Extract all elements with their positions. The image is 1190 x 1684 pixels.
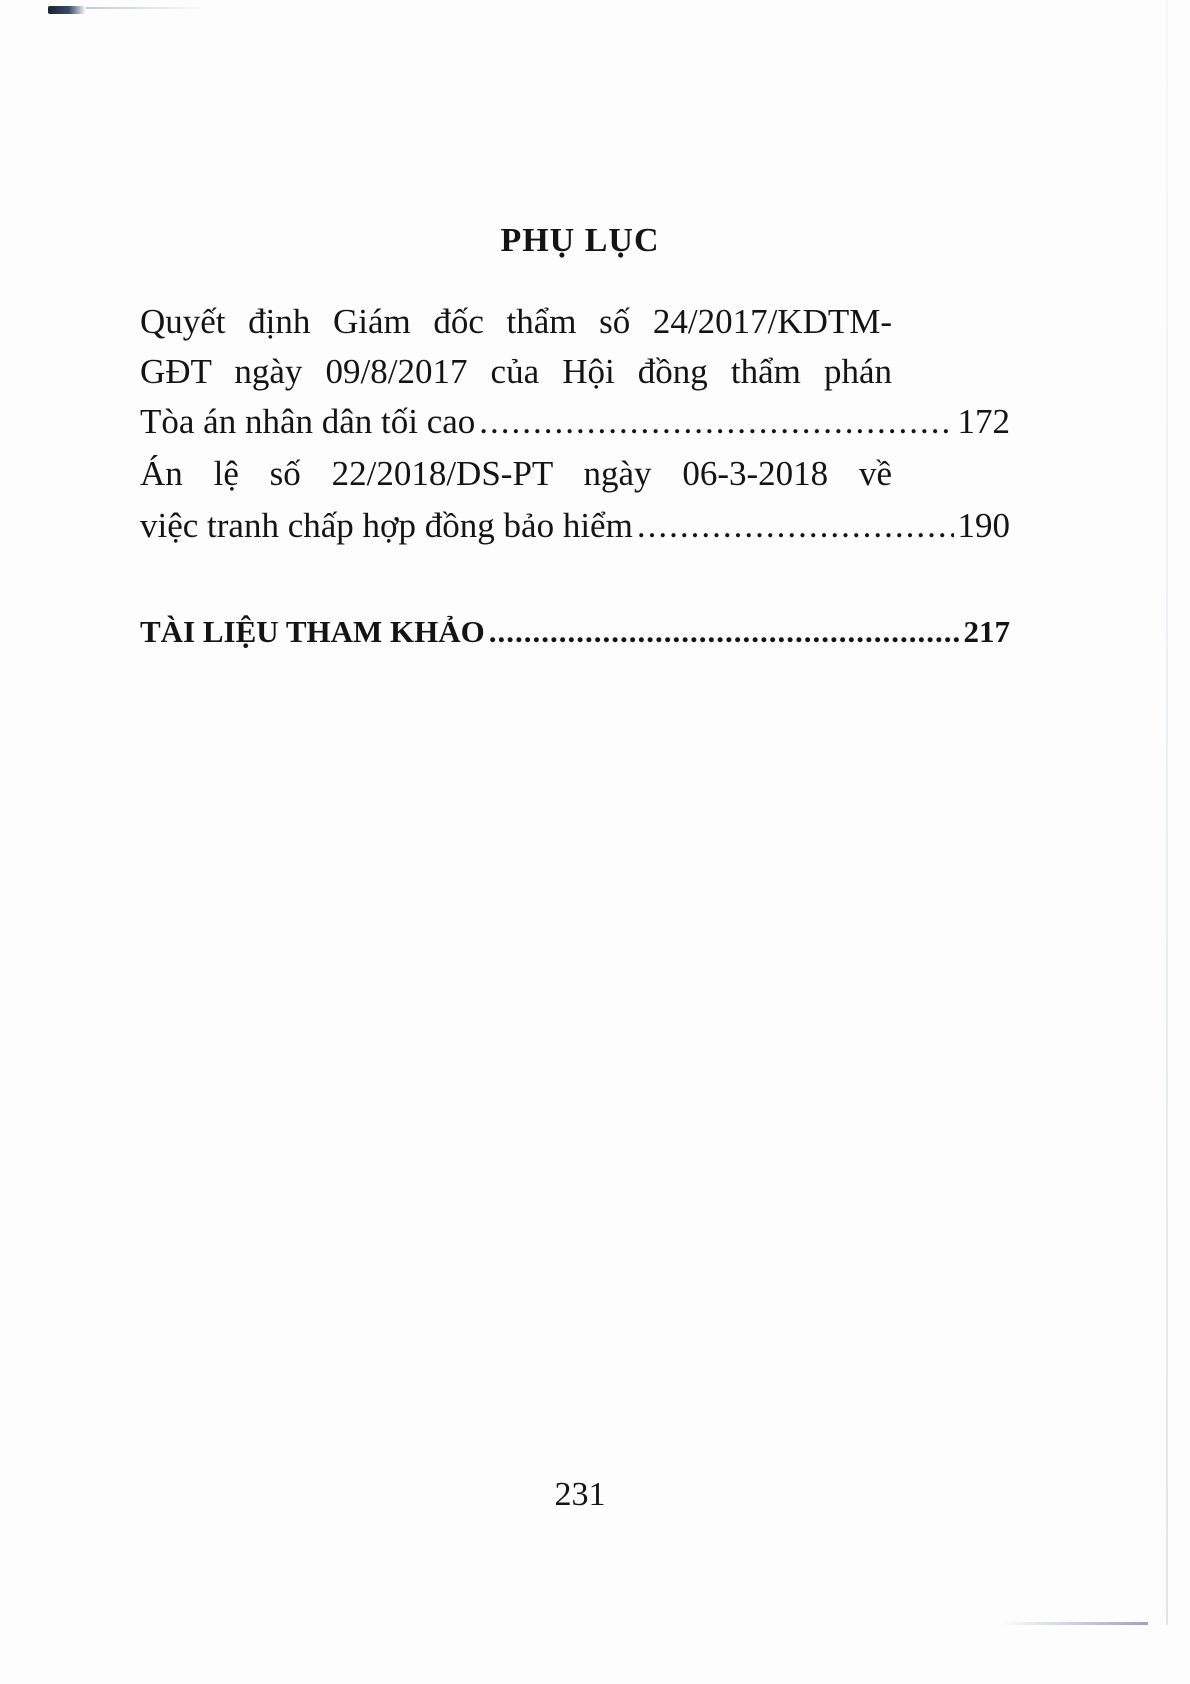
scan-artifact-bottom-edge	[1000, 1622, 1148, 1625]
scan-artifact-right-edge	[1166, 0, 1168, 1625]
toc-references-row[interactable]: TÀI LIỆU THAM KHẢO 217	[140, 612, 1010, 652]
toc-page-number: 190	[958, 506, 1011, 546]
toc-entry-line: GĐT ngày 09/8/2017 của Hội đồng thẩm phá…	[140, 352, 892, 392]
toc-page-number: 172	[958, 402, 1011, 442]
dot-leader	[637, 506, 954, 546]
toc-entry-title: Tòa án nhân dân tối cao	[140, 402, 475, 442]
dot-leader	[479, 402, 953, 442]
scan-artifact-top-streak	[86, 7, 206, 9]
toc-entry-line: Án lệ số 22/2018/DS-PT ngày 06-3-2018 về	[140, 454, 892, 494]
toc-entry-row[interactable]: Tòa án nhân dân tối cao 172	[140, 402, 1010, 442]
page-number: 231	[0, 1476, 1160, 1514]
scan-artifact-top-left	[48, 6, 86, 14]
section-heading: PHỤ LỤC	[0, 222, 1160, 260]
toc-entry-title: việc tranh chấp hợp đồng bảo hiểm	[140, 506, 633, 546]
dot-leader	[489, 612, 960, 652]
references-title: TÀI LIỆU THAM KHẢO	[140, 612, 485, 652]
toc-entry-row[interactable]: việc tranh chấp hợp đồng bảo hiểm 190	[140, 506, 1010, 546]
references-page-number: 217	[964, 612, 1011, 652]
toc-entry-line: Quyết định Giám đốc thẩm số 24/2017/KDTM…	[140, 302, 892, 342]
